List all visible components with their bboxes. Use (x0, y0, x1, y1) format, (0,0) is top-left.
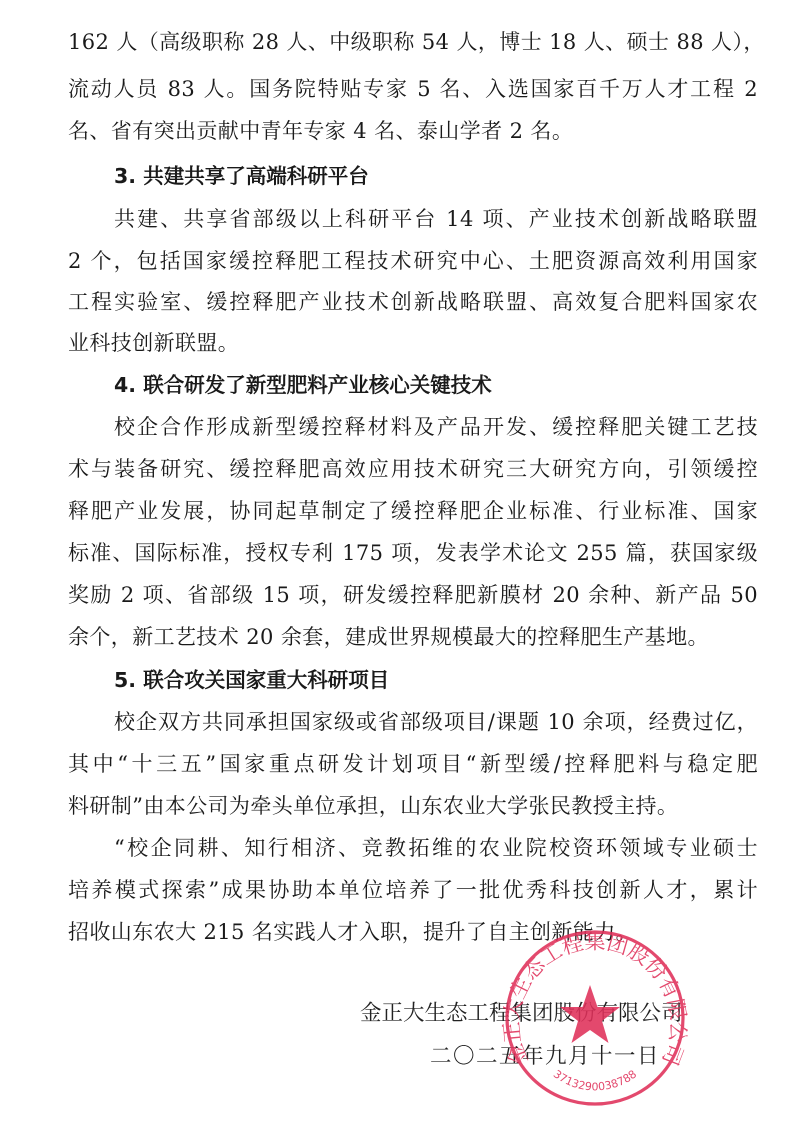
section-heading: 3. 共建共享了高端科研平台 (114, 155, 758, 197)
section-heading: 4. 联合研发了新型肥料产业核心关键技术 (114, 364, 758, 406)
paragraph-line: 流动人员 83 人。国务院特贴专家 5 名、入选国家百千万人才工程 2 (68, 68, 758, 110)
paragraph-line: 162 人（高级职称 28 人、中级职称 54 人，博士 18 人、硕士 88 … (68, 21, 758, 63)
paragraph-line: 业科技创新联盟。 (68, 322, 758, 364)
paragraph-line: “校企同耕、知行相济、竞教拓维的农业院校资环领域专业硕士 (114, 827, 758, 869)
paragraph-line: 招收山东农大 215 名实践人才入职，提升了自主创新能力。 (68, 911, 758, 953)
document-page: 162 人（高级职称 28 人、中级职称 54 人，博士 18 人、硕士 88 … (0, 0, 799, 1126)
paragraph-line: 培养模式探索”成果协助本单位培养了一批优秀科技创新人才，累计 (68, 869, 758, 911)
paragraph-line: 料研制”由本公司为牵头单位承担，山东农业大学张民教授主持。 (68, 785, 758, 827)
paragraph-line: 校企合作形成新型缓控释材料及产品开发、缓控释肥关键工艺技 (114, 406, 758, 448)
paragraph-line: 校企双方共同承担国家级或省部级项目/课题 10 余项，经费过亿， (114, 701, 758, 743)
signature-company: 金正大生态工程集团股份有限公司 (360, 993, 683, 1035)
paragraph-line: 术与装备研究、缓控释肥高效应用技术研究三大研究方向，引领缓控 (68, 448, 758, 490)
signature-date: 二〇二五年九月十一日 (430, 1036, 660, 1078)
section-heading: 5. 联合攻关国家重大科研项目 (114, 659, 758, 701)
paragraph-line: 共建、共享省部级以上科研平台 14 项、产业技术创新战略联盟 (114, 198, 758, 240)
paragraph-line: 标准、国际标准，授权专利 175 项，发表学术论文 255 篇，获国家级 (68, 532, 758, 574)
paragraph-line: 其中“十三五”国家重点研发计划项目“新型缓/控释肥料与稳定肥 (68, 743, 758, 785)
paragraph-line: 余个，新工艺技术 20 余套，建成世界规模最大的控释肥生产基地。 (68, 616, 758, 658)
paragraph-line: 2 个，包括国家缓控释肥工程技术研究中心、土肥资源高效利用国家 (68, 240, 758, 282)
paragraph-line: 奖励 2 项、省部级 15 项，研发缓控释肥新膜材 20 余种、新产品 50 (68, 574, 758, 616)
paragraph-line: 工程实验室、缓控释肥产业技术创新战略联盟、高效复合肥料国家农 (68, 281, 758, 323)
paragraph-line: 释肥产业发展，协同起草制定了缓控释肥企业标准、行业标准、国家 (68, 490, 758, 532)
paragraph-line: 名、省有突出贡献中青年专家 4 名、泰山学者 2 名。 (68, 110, 758, 152)
